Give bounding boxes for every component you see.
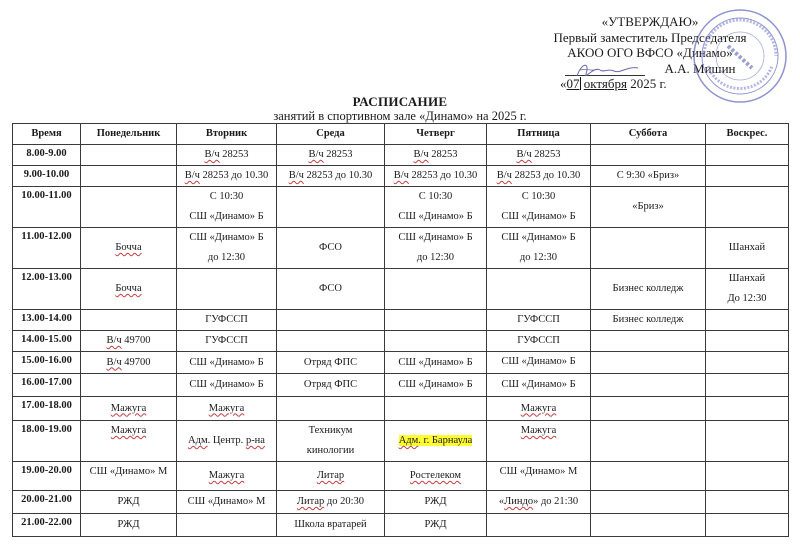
schedule-cell[interactable]: Школа вратарей bbox=[277, 514, 385, 537]
schedule-cell[interactable] bbox=[706, 331, 789, 352]
time-slot: 16.00-17.00 bbox=[13, 374, 81, 397]
time-slot: 20.00-21.00 bbox=[13, 491, 81, 514]
schedule-cell[interactable]: В/ч 28253 до 10.30 bbox=[277, 166, 385, 187]
schedule-cell[interactable] bbox=[81, 374, 177, 397]
schedule-cell[interactable] bbox=[591, 374, 706, 397]
booking-entry: до 12:30 bbox=[489, 248, 588, 268]
schedule-cell[interactable] bbox=[591, 491, 706, 514]
schedule-cell[interactable] bbox=[591, 421, 706, 462]
table-row: 10.00-11.00С 10:30СШ «Динамо» БС 10:30СШ… bbox=[13, 187, 789, 228]
column-header: Среда bbox=[277, 124, 385, 145]
schedule-cell[interactable]: Ростелеком bbox=[385, 462, 487, 491]
time-slot: 8.00-9.00 bbox=[13, 145, 81, 166]
schedule-cell[interactable] bbox=[591, 514, 706, 537]
booking-entry: В/ч 28253 до 10.30 bbox=[179, 166, 274, 186]
column-header: Пятница bbox=[487, 124, 591, 145]
schedule-cell[interactable]: ГУФССП bbox=[177, 310, 277, 331]
schedule-cell[interactable] bbox=[591, 397, 706, 421]
time-slot: 11.00-12.00 bbox=[13, 228, 81, 269]
booking-entry: СШ «Динамо» М bbox=[489, 462, 588, 482]
booking-entry: Литар bbox=[279, 466, 382, 486]
booking-entry: ГУФССП bbox=[489, 310, 588, 330]
schedule-cell[interactable] bbox=[591, 228, 706, 269]
booking-entry: Адм. г. Барнаула bbox=[387, 431, 484, 451]
schedule-cell[interactable] bbox=[81, 310, 177, 331]
booking-entry: СШ «Динамо» Б bbox=[489, 228, 588, 248]
schedule-cell[interactable]: Литар до 20:30 bbox=[277, 491, 385, 514]
booking-entry: «Бриз» bbox=[593, 197, 703, 217]
booking-entry: Шанхай bbox=[708, 238, 786, 258]
schedule-cell[interactable]: В/ч 28253 bbox=[177, 145, 277, 166]
time-slot: 12.00-13.00 bbox=[13, 269, 81, 310]
schedule-cell[interactable]: Адм. г. Барнаула bbox=[385, 421, 487, 462]
booking-entry: СШ «Динамо» Б bbox=[387, 228, 484, 248]
schedule-cell[interactable] bbox=[277, 331, 385, 352]
schedule-cell[interactable]: Бизнес колледж bbox=[591, 269, 706, 310]
schedule-cell[interactable] bbox=[277, 187, 385, 228]
column-header: Суббота bbox=[591, 124, 706, 145]
booking-entry: до 12:30 bbox=[179, 248, 274, 268]
schedule-cell[interactable] bbox=[81, 166, 177, 187]
table-row: 21.00-22.00РЖДШкола вратарейРЖД bbox=[13, 514, 789, 537]
booking-entry: СШ «Динамо» Б bbox=[489, 207, 588, 227]
document-title: РАСПИСАНИЕ bbox=[0, 94, 800, 110]
date-month: октября bbox=[584, 76, 627, 91]
booking-entry: СШ «Динамо» М bbox=[83, 462, 174, 482]
schedule-cell[interactable]: СШ «Динамо» Б bbox=[385, 352, 487, 374]
schedule-cell[interactable]: С 10:30СШ «Динамо» Б bbox=[385, 187, 487, 228]
schedule-cell[interactable]: СШ «Динамо» Б bbox=[385, 374, 487, 397]
time-slot: 15.00-16.00 bbox=[13, 352, 81, 374]
text-cursor bbox=[580, 77, 581, 90]
schedule-cell[interactable] bbox=[385, 269, 487, 310]
schedule-cell[interactable]: Мажуга bbox=[487, 421, 591, 462]
schedule-cell[interactable]: Отряд ФПС bbox=[277, 352, 385, 374]
table-row: 20.00-21.00РЖДСШ «Динамо» МЛитар до 20:3… bbox=[13, 491, 789, 514]
booking-entry: ФСО bbox=[279, 238, 382, 258]
column-header: Четверг bbox=[385, 124, 487, 145]
schedule-cell[interactable]: С 9:30 «Бриз» bbox=[591, 166, 706, 187]
schedule-cell[interactable]: СШ «Динамо» Б bbox=[177, 352, 277, 374]
schedule-cell[interactable] bbox=[487, 514, 591, 537]
time-slot: 19.00-20.00 bbox=[13, 462, 81, 491]
schedule-cell[interactable]: В/ч 28253 до 10.30 bbox=[487, 166, 591, 187]
table-body: 8.00-9.00В/ч 28253В/ч 28253В/ч 28253В/ч … bbox=[13, 145, 789, 537]
booking-entry: до 12:30 bbox=[387, 248, 484, 268]
schedule-cell[interactable]: СШ «Динамо» Б bbox=[177, 374, 277, 397]
schedule-cell[interactable] bbox=[385, 397, 487, 421]
booking-entry: С 9:30 «Бриз» bbox=[593, 166, 703, 186]
schedule-cell[interactable]: СШ «Динамо» М bbox=[487, 462, 591, 491]
schedule-cell[interactable]: Бочча bbox=[81, 228, 177, 269]
booking-entry: СШ «Динамо» Б bbox=[387, 375, 484, 395]
schedule-cell[interactable] bbox=[706, 514, 789, 537]
schedule-cell[interactable] bbox=[591, 462, 706, 491]
booking-entry: ГУФССП bbox=[489, 331, 588, 351]
schedule-cell[interactable] bbox=[277, 310, 385, 331]
date-year: 2025 г. bbox=[630, 76, 666, 91]
booking-entry: СШ «Динамо» Б bbox=[179, 228, 274, 248]
schedule-cell[interactable] bbox=[706, 397, 789, 421]
table-row: 13.00-14.00ГУФССПГУФССПБизнес колледж bbox=[13, 310, 789, 331]
booking-entry: Мажуга bbox=[489, 421, 588, 441]
column-header: Время bbox=[13, 124, 81, 145]
schedule-cell[interactable]: РЖД bbox=[385, 491, 487, 514]
schedule-cell[interactable]: СШ «Динамо» Б bbox=[487, 374, 591, 397]
booking-entry: В/ч 28253 до 10.30 bbox=[387, 166, 484, 186]
booking-entry: СШ «Динамо» Б bbox=[489, 352, 588, 372]
schedule-cell[interactable] bbox=[706, 421, 789, 462]
schedule-cell[interactable]: Техникумкинологии bbox=[277, 421, 385, 462]
schedule-cell[interactable]: В/ч 28253 bbox=[277, 145, 385, 166]
time-slot: 18.00-19.00 bbox=[13, 421, 81, 462]
booking-entry: ГУФССП bbox=[179, 310, 274, 330]
booking-entry: Шанхай bbox=[708, 269, 786, 289]
schedule-cell[interactable]: РЖД bbox=[81, 491, 177, 514]
booking-entry: Мажуга bbox=[179, 399, 274, 419]
booking-entry: Мажуга bbox=[83, 421, 174, 441]
booking-entry: Отряд ФПС bbox=[279, 375, 382, 395]
time-slot: 21.00-22.00 bbox=[13, 514, 81, 537]
schedule-cell[interactable] bbox=[385, 331, 487, 352]
booking-entry: РЖД bbox=[387, 515, 484, 535]
booking-entry: Адм. Центр. р-на bbox=[179, 431, 274, 451]
seal-stamp-icon bbox=[690, 6, 790, 106]
table-row: 17.00-18.00МажугаМажугаМажуга bbox=[13, 397, 789, 421]
column-header: Воскрес. bbox=[706, 124, 789, 145]
booking-entry: кинологии bbox=[279, 441, 382, 461]
booking-entry: Мажуга bbox=[179, 466, 274, 486]
booking-entry: РЖД bbox=[387, 492, 484, 512]
booking-entry: Мажуга bbox=[83, 399, 174, 419]
booking-entry: СШ «Динамо» М bbox=[179, 492, 274, 512]
schedule-table: ВремяПонедельникВторникСредаЧетвергПятни… bbox=[12, 123, 789, 537]
booking-entry: ГУФССП bbox=[179, 331, 274, 351]
schedule-cell[interactable]: СШ «Динамо» М bbox=[177, 491, 277, 514]
table-row: 16.00-17.00СШ «Динамо» БОтряд ФПССШ «Дин… bbox=[13, 374, 789, 397]
booking-entry: СШ «Динамо» Б bbox=[387, 353, 484, 373]
schedule-cell[interactable]: ГУФССП bbox=[177, 331, 277, 352]
booking-entry: СШ «Динамо» Б bbox=[489, 375, 588, 395]
schedule-cell[interactable] bbox=[277, 397, 385, 421]
booking-entry: СШ «Динамо» Б bbox=[179, 353, 274, 373]
column-header: Понедельник bbox=[81, 124, 177, 145]
booking-entry: До 12:30 bbox=[708, 289, 786, 309]
booking-entry: Отряд ФПС bbox=[279, 353, 382, 373]
schedule-cell[interactable] bbox=[706, 491, 789, 514]
table-row: 9.00-10.00В/ч 28253 до 10.30В/ч 28253 до… bbox=[13, 166, 789, 187]
schedule-cell[interactable] bbox=[706, 187, 789, 228]
booking-entry: В/ч 28253 bbox=[279, 145, 382, 165]
document-subtitle: занятий в спортивном зале «Динамо» на 20… bbox=[0, 109, 800, 124]
time-slot: 9.00-10.00 bbox=[13, 166, 81, 187]
schedule-cell[interactable] bbox=[591, 331, 706, 352]
booking-entry: В/ч 28253 bbox=[489, 145, 588, 165]
booking-entry: «Линдо» до 21:30 bbox=[489, 492, 588, 512]
schedule-cell[interactable]: В/ч 28253 до 10.30 bbox=[177, 166, 277, 187]
schedule-cell[interactable]: ШанхайДо 12:30 bbox=[706, 269, 789, 310]
booking-entry: С 10:30 bbox=[387, 187, 484, 207]
booking-entry: В/ч 28253 до 10.30 bbox=[279, 166, 382, 186]
booking-entry: ФСО bbox=[279, 279, 382, 299]
schedule-cell[interactable]: В/ч 49700 bbox=[81, 352, 177, 374]
schedule-cell[interactable]: ГУФССП bbox=[487, 331, 591, 352]
booking-entry: С 10:30 bbox=[489, 187, 588, 207]
schedule-cell[interactable] bbox=[177, 514, 277, 537]
table-row: 19.00-20.00СШ «Динамо» ММажугаЛитарРосте… bbox=[13, 462, 789, 491]
booking-entry: РЖД bbox=[83, 515, 174, 535]
booking-entry: Ростелеком bbox=[387, 466, 484, 486]
time-slot: 14.00-15.00 bbox=[13, 331, 81, 352]
schedule-cell[interactable] bbox=[706, 352, 789, 374]
schedule-cell[interactable] bbox=[706, 166, 789, 187]
schedule-cell[interactable]: ГУФССП bbox=[487, 310, 591, 331]
schedule-cell[interactable]: РЖД bbox=[385, 514, 487, 537]
schedule-cell[interactable]: В/ч 49700 bbox=[81, 331, 177, 352]
schedule-cell[interactable]: «Бриз» bbox=[591, 187, 706, 228]
schedule-cell[interactable]: Литар bbox=[277, 462, 385, 491]
booking-entry: В/ч 28253 bbox=[179, 145, 274, 165]
table-row: 18.00-19.00МажугаАдм. Центр. р-наТехнику… bbox=[13, 421, 789, 462]
schedule-cell[interactable]: Отряд ФПС bbox=[277, 374, 385, 397]
schedule-cell[interactable]: СШ «Динамо» Бдо 12:30 bbox=[385, 228, 487, 269]
booking-entry: СШ «Динамо» Б bbox=[179, 375, 274, 395]
booking-entry: В/ч 49700 bbox=[83, 331, 174, 351]
schedule-cell[interactable]: Шанхай bbox=[706, 228, 789, 269]
schedule-cell[interactable] bbox=[706, 462, 789, 491]
approval-date: «07 октября 2025 г. bbox=[560, 76, 667, 92]
schedule-cell[interactable] bbox=[81, 187, 177, 228]
table-row: 12.00-13.00БоччаФСОБизнес колледжШанхайД… bbox=[13, 269, 789, 310]
schedule-cell[interactable]: Адм. Центр. р-на bbox=[177, 421, 277, 462]
booking-entry: В/ч 49700 bbox=[83, 353, 174, 373]
booking-entry: Бизнес колледж bbox=[593, 310, 703, 330]
schedule-cell[interactable] bbox=[706, 374, 789, 397]
schedule-cell[interactable] bbox=[81, 145, 177, 166]
time-slot: 10.00-11.00 bbox=[13, 187, 81, 228]
date-day: 07 bbox=[567, 76, 580, 91]
table-row: 14.00-15.00В/ч 49700ГУФССПГУФССП bbox=[13, 331, 789, 352]
schedule-cell[interactable]: ФСО bbox=[277, 269, 385, 310]
schedule-cell[interactable]: Бизнес колледж bbox=[591, 310, 706, 331]
booking-entry: В/ч 28253 до 10.30 bbox=[489, 166, 588, 186]
schedule-cell[interactable] bbox=[591, 352, 706, 374]
table-row: 11.00-12.00БоччаСШ «Динамо» Бдо 12:30ФСО… bbox=[13, 228, 789, 269]
schedule-cell[interactable] bbox=[385, 310, 487, 331]
schedule-cell[interactable] bbox=[487, 269, 591, 310]
schedule-cell[interactable]: Бочча bbox=[81, 269, 177, 310]
schedule-cell[interactable]: В/ч 28253 до 10.30 bbox=[385, 166, 487, 187]
booking-entry: Бочча bbox=[83, 279, 174, 299]
schedule-cell[interactable]: СШ «Динамо» Бдо 12:30 bbox=[177, 228, 277, 269]
booking-entry: Мажуга bbox=[489, 399, 588, 419]
schedule-cell[interactable]: С 10:30СШ «Динамо» Б bbox=[177, 187, 277, 228]
schedule-cell[interactable]: СШ «Динамо» Б bbox=[487, 352, 591, 374]
schedule-cell[interactable]: Мажуга bbox=[81, 397, 177, 421]
schedule-cell[interactable]: Мажуга bbox=[81, 421, 177, 462]
booking-entry: Бизнес колледж bbox=[593, 279, 703, 299]
booking-entry: СШ «Динамо» Б bbox=[179, 207, 274, 227]
schedule-cell[interactable]: Мажуга bbox=[177, 397, 277, 421]
schedule-cell[interactable]: В/ч 28253 bbox=[385, 145, 487, 166]
schedule-cell[interactable]: Мажуга bbox=[487, 397, 591, 421]
booking-entry: Бочча bbox=[83, 238, 174, 258]
schedule-cell[interactable] bbox=[177, 269, 277, 310]
time-slot: 17.00-18.00 bbox=[13, 397, 81, 421]
schedule-cell[interactable]: СШ «Динамо» Бдо 12:30 bbox=[487, 228, 591, 269]
time-slot: 13.00-14.00 bbox=[13, 310, 81, 331]
schedule-cell[interactable] bbox=[591, 145, 706, 166]
table-row: 8.00-9.00В/ч 28253В/ч 28253В/ч 28253В/ч … bbox=[13, 145, 789, 166]
booking-entry: В/ч 28253 bbox=[387, 145, 484, 165]
booking-entry: СШ «Динамо» Б bbox=[387, 207, 484, 227]
schedule-cell[interactable]: «Линдо» до 21:30 bbox=[487, 491, 591, 514]
schedule-cell[interactable]: СШ «Динамо» М bbox=[81, 462, 177, 491]
booking-entry: Техникум bbox=[279, 421, 382, 441]
schedule-cell[interactable] bbox=[706, 145, 789, 166]
column-header: Вторник bbox=[177, 124, 277, 145]
booking-entry: РЖД bbox=[83, 492, 174, 512]
schedule-cell[interactable]: С 10:30СШ «Динамо» Б bbox=[487, 187, 591, 228]
schedule-cell[interactable]: Мажуга bbox=[177, 462, 277, 491]
booking-entry: Школа вратарей bbox=[279, 515, 382, 535]
booking-entry: Литар до 20:30 bbox=[279, 492, 382, 512]
schedule-cell[interactable]: РЖД bbox=[81, 514, 177, 537]
booking-entry: С 10:30 bbox=[179, 187, 274, 207]
table-header-row: ВремяПонедельникВторникСредаЧетвергПятни… bbox=[13, 124, 789, 145]
table-row: 15.00-16.00В/ч 49700СШ «Динамо» БОтряд Ф… bbox=[13, 352, 789, 374]
schedule-cell[interactable]: ФСО bbox=[277, 228, 385, 269]
schedule-cell[interactable]: В/ч 28253 bbox=[487, 145, 591, 166]
schedule-cell[interactable] bbox=[706, 310, 789, 331]
